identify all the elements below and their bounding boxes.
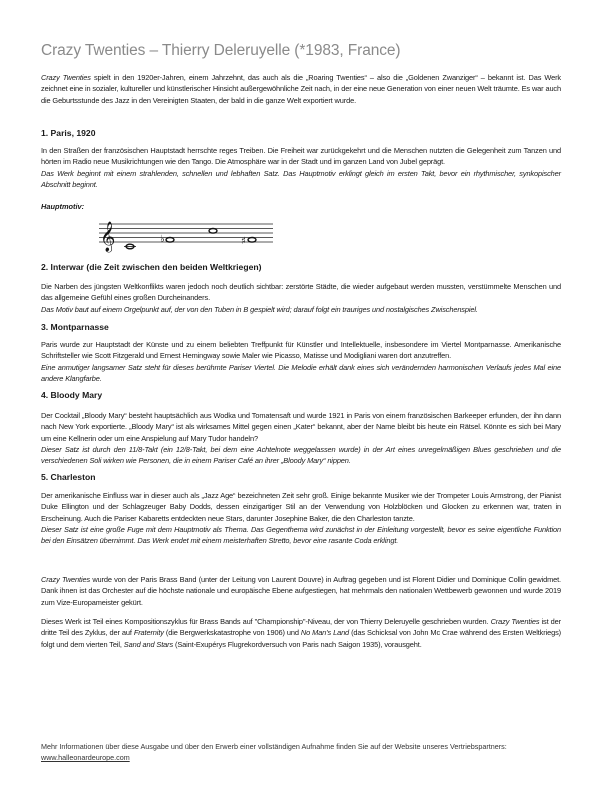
music-staff-motif: 𝄞 ♭ ♯ — [95, 218, 275, 256]
footer-text: Mehr Informationen über diese Ausgabe un… — [41, 741, 566, 752]
title-sub: (*1983, France) — [290, 42, 400, 59]
svg-text:♭: ♭ — [160, 234, 165, 245]
section-note: Eine anmutiger langsamer Satz steht für … — [41, 362, 561, 385]
commission-paragraph: Crazy Twenties wurde von der Paris Brass… — [41, 574, 561, 608]
section-body: Paris wurde zur Hauptstadt der Künste un… — [41, 339, 561, 362]
section-heading-1: 1. Paris, 1920 — [41, 128, 95, 138]
section-note: Das Werk beginnt mit einem strahlenden, … — [41, 168, 561, 191]
section-body: Der amerikanische Einfluss war in dieser… — [41, 490, 561, 524]
cycle-paragraph: Dieses Werk ist Teil eines Kompositionsz… — [41, 616, 561, 650]
work-title: Crazy Twenties — [41, 73, 91, 82]
section-heading-3: 3. Montparnasse — [41, 322, 109, 332]
section-2: Die Narben des jüngsten Weltkonflikts wa… — [41, 281, 561, 315]
title-main: Crazy Twenties – Thierry Deleruyelle — [41, 42, 290, 59]
section-3: Paris wurde zur Hauptstadt der Künste un… — [41, 339, 561, 384]
treble-clef-icon: 𝄞 — [100, 221, 115, 253]
footer: Mehr Informationen über diese Ausgabe un… — [41, 741, 566, 763]
intro-paragraph: Crazy Twenties spielt in den 1920er-Jahr… — [41, 72, 561, 106]
section-note: Dieser Satz ist eine große Fuge mit dem … — [41, 524, 561, 547]
section-heading-5: 5. Charleston — [41, 472, 95, 482]
section-4: Der Cocktail „Bloody Mary“ besteht haupt… — [41, 410, 561, 466]
section-heading-4: 4. Bloody Mary — [41, 390, 102, 400]
section-note: Dieser Satz ist durch den 11/8-Takt (ein… — [41, 444, 561, 467]
section-heading-2: 2. Interwar (die Zeit zwischen den beide… — [41, 262, 261, 272]
work-title: Crazy Twenties — [41, 575, 90, 584]
svg-text:♯: ♯ — [241, 236, 246, 247]
section-5: Der amerikanische Einfluss war in dieser… — [41, 490, 561, 546]
page-title: Crazy Twenties – Thierry Deleruyelle (*1… — [41, 42, 401, 60]
website-link[interactable]: www.halleonardeurope.com — [41, 753, 130, 762]
section-1: In den Straßen der französischen Hauptst… — [41, 145, 561, 190]
section-note: Das Motiv baut auf einem Orgelpunkt auf,… — [41, 304, 561, 315]
motif-label: Hauptmotiv: — [41, 202, 84, 211]
section-body: Der Cocktail „Bloody Mary“ besteht haupt… — [41, 410, 561, 444]
section-body: Die Narben des jüngsten Weltkonflikts wa… — [41, 281, 561, 304]
section-body: In den Straßen der französischen Hauptst… — [41, 145, 561, 168]
